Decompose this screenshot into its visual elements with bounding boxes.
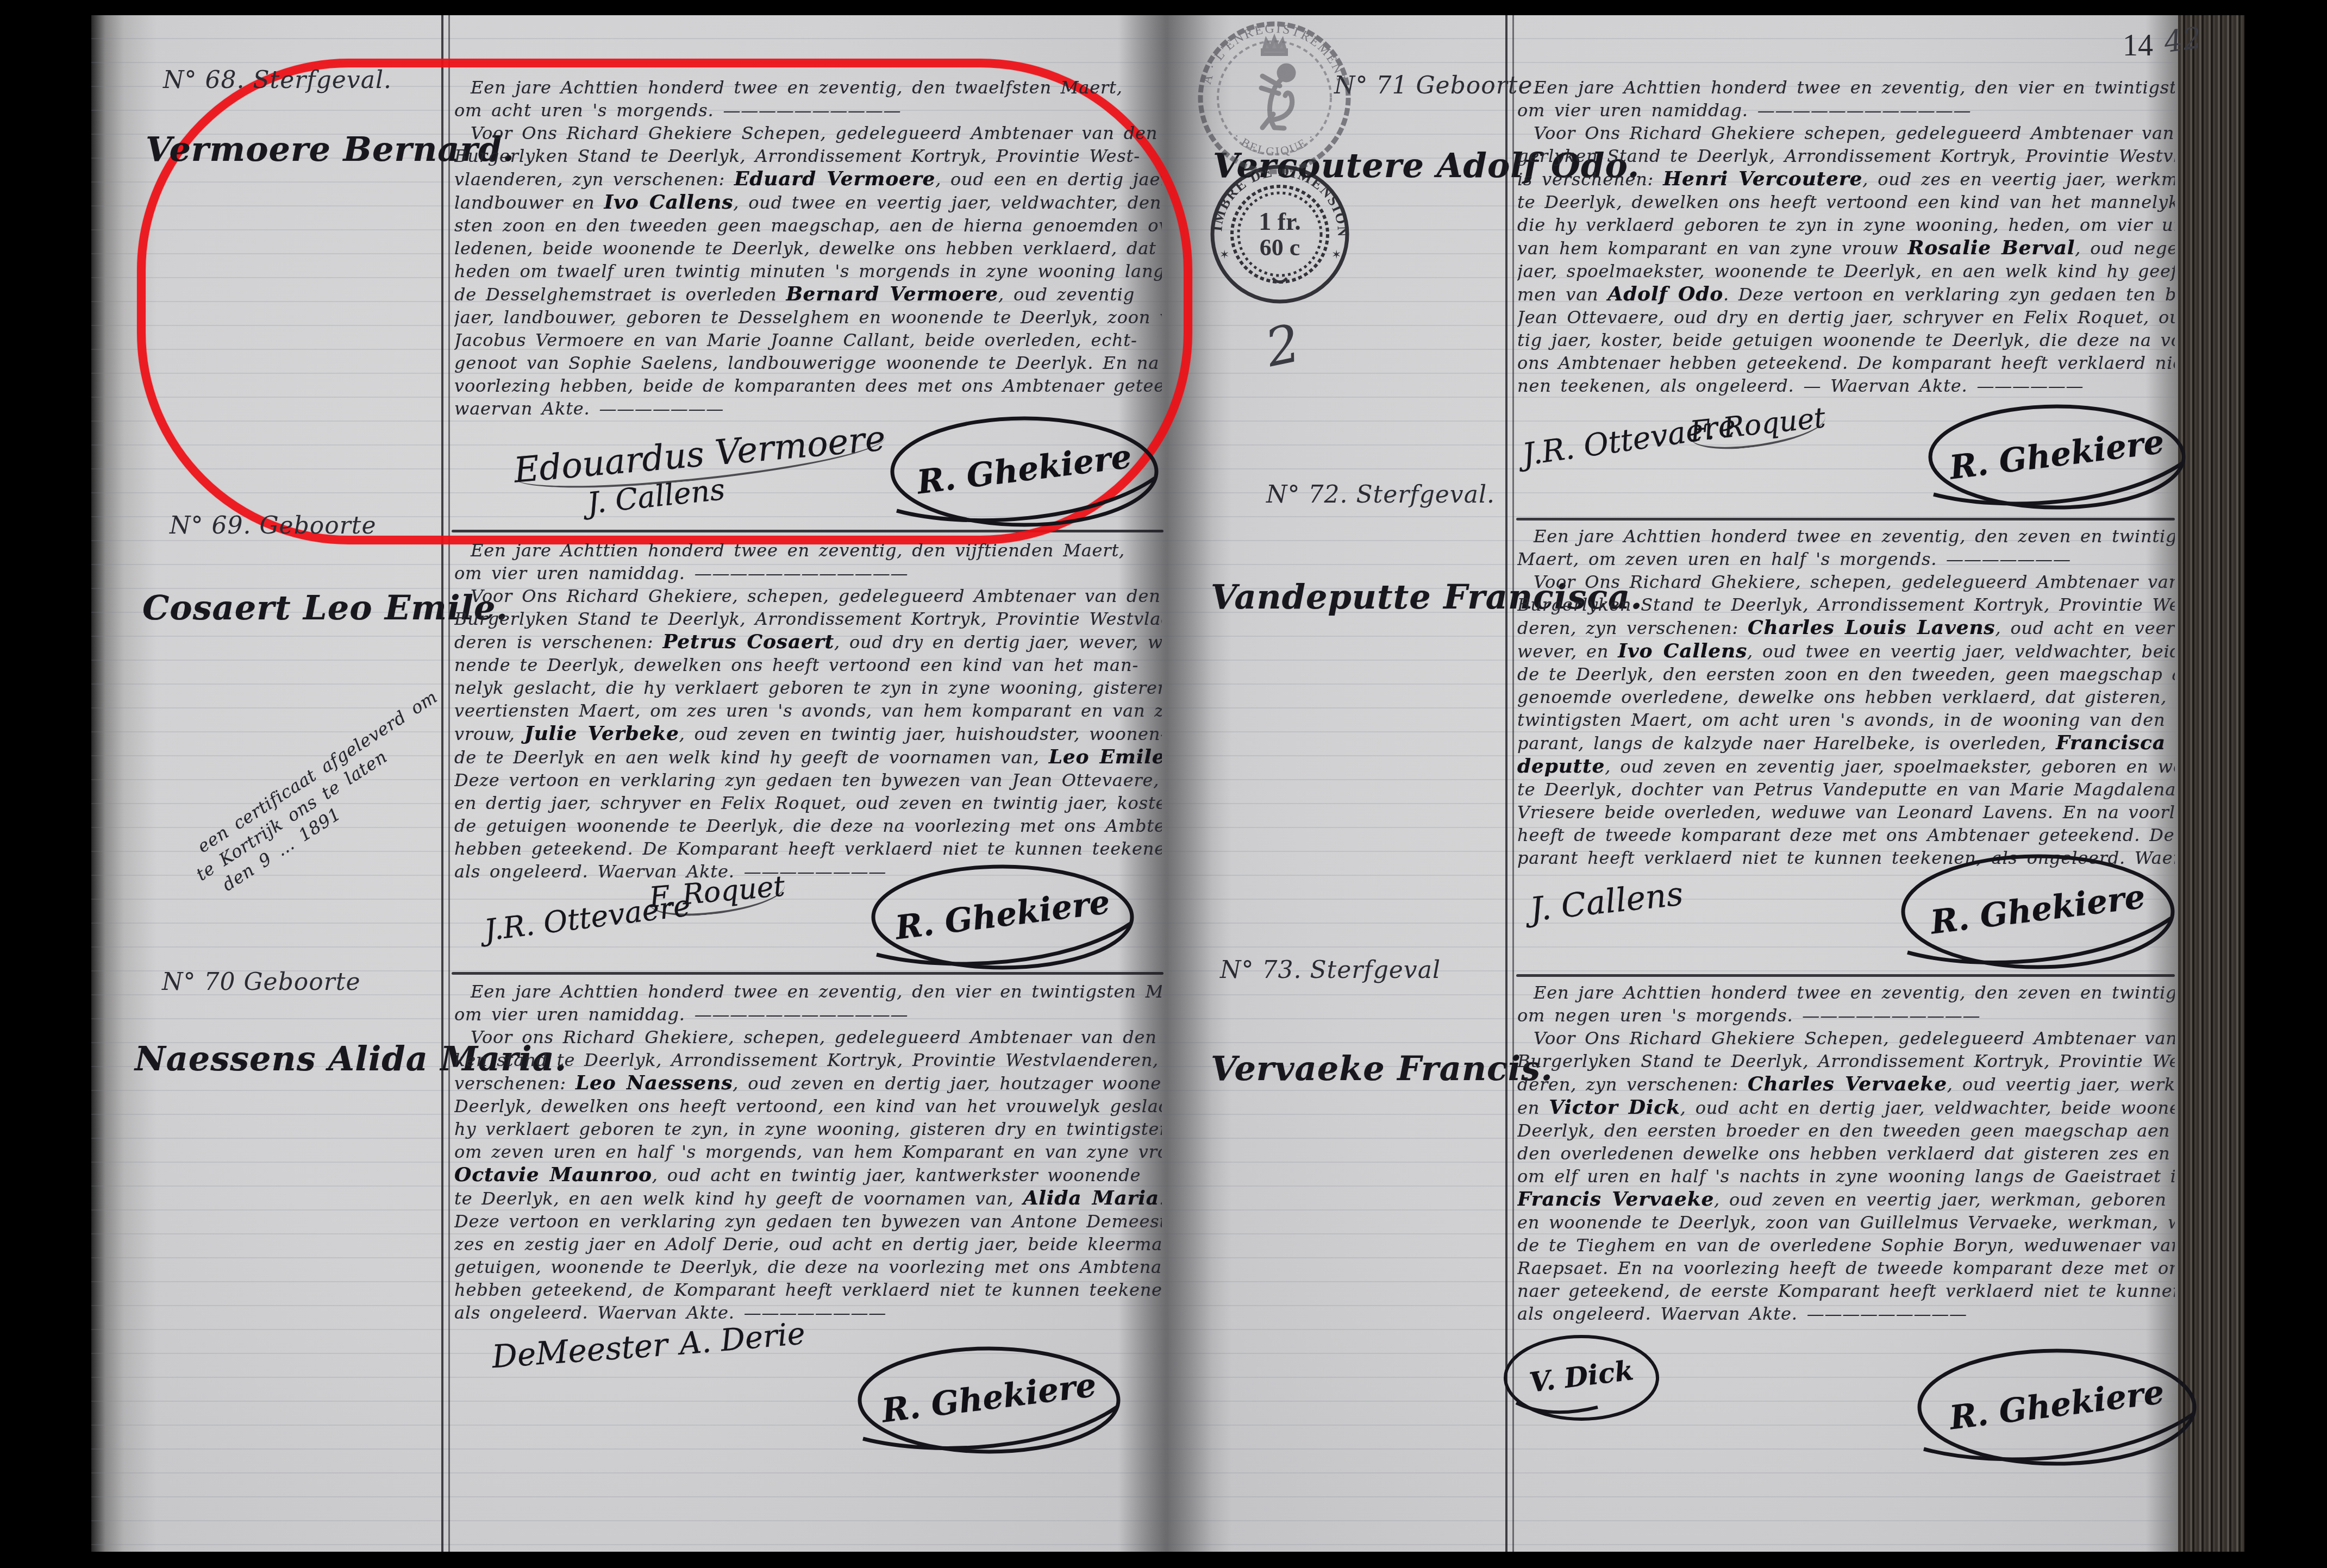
book-fore-edge — [2178, 15, 2244, 1552]
printed-page-number: 14 — [2123, 28, 2153, 63]
record-72-body: Een jare Achttien honderd twee en zevent… — [1517, 525, 2175, 869]
lion-stamp-bottom-legend: · BELGIQUE · — [1231, 130, 1318, 159]
witness-signature-circled: V. Dick — [1500, 1332, 1663, 1423]
timbre-stamp-value-top: 1 fr. — [1259, 208, 1301, 235]
right-page-margin-rule — [1505, 15, 1514, 1552]
record-68-body: Een jare Achttien honderd twee en zevent… — [454, 76, 1162, 420]
record-71-margin-number: N° 71 Geboorte. — [1334, 72, 1541, 99]
svg-text:✶: ✶ — [1219, 248, 1229, 261]
handwritten-page-number: 42 — [2162, 21, 2204, 60]
left-page-margin-rule — [441, 15, 450, 1552]
timbre-de-dimension-stamp: TIMBRE DE DIMENSION. ✶ ✶ 1 fr. 60 c — [1208, 162, 1352, 309]
official-signature-flourish: R. Ghekiere — [867, 861, 1139, 973]
record-72-margin-number: N° 72. Sterfgeval. — [1266, 481, 1495, 509]
record-69-margin-name: Cosaert Leo Emile. — [142, 588, 508, 628]
record-69-margin-number: N° 69. Geboorte — [170, 512, 377, 540]
record-68-margin-number: N° 68. Sterfgeval. — [163, 66, 392, 94]
official-signature-flourish: R. Ghekiere — [1897, 850, 2179, 973]
record-70-body: Een jare Achttien honderd twee en zevent… — [454, 980, 1162, 1324]
lion-ink-stamp: A · L'ENREGISTREMENT · BELGIQUE · — [1193, 16, 1356, 181]
record-separator — [1516, 974, 2175, 977]
record-73-margin-number: N° 73. Sterfgeval — [1220, 956, 1441, 984]
scanned-register-spread: { "page": { "printed_number": "14", "han… — [0, 0, 2327, 1568]
official-signature-flourish: R. Ghekiere — [1913, 1345, 2201, 1470]
lion-icon — [1261, 66, 1293, 128]
record-separator — [452, 530, 1163, 532]
record-71-body: Een jare Achttien honderd twee en zevent… — [1517, 76, 2175, 397]
record-73-margin-name: Vervaeke Francis. — [1211, 1049, 1553, 1088]
timbre-stamp-value-bottom: 60 c — [1260, 234, 1300, 261]
record-separator — [1516, 518, 2175, 520]
official-signature-flourish: R. Ghekiere — [1924, 401, 2190, 512]
svg-text:✶: ✶ — [1331, 248, 1341, 261]
record-73-body: Een jare Achttien honderd twee en zevent… — [1517, 981, 2175, 1325]
crown-icon — [1262, 38, 1286, 54]
record-70-margin-number: N° 70 Geboorte — [162, 968, 361, 996]
official-signature-flourish: R. Ghekiere — [886, 413, 1163, 530]
record-69-body: Een jare Achttien honderd twee en zevent… — [454, 539, 1162, 883]
official-signature-flourish: R. Ghekiere — [853, 1343, 1125, 1457]
